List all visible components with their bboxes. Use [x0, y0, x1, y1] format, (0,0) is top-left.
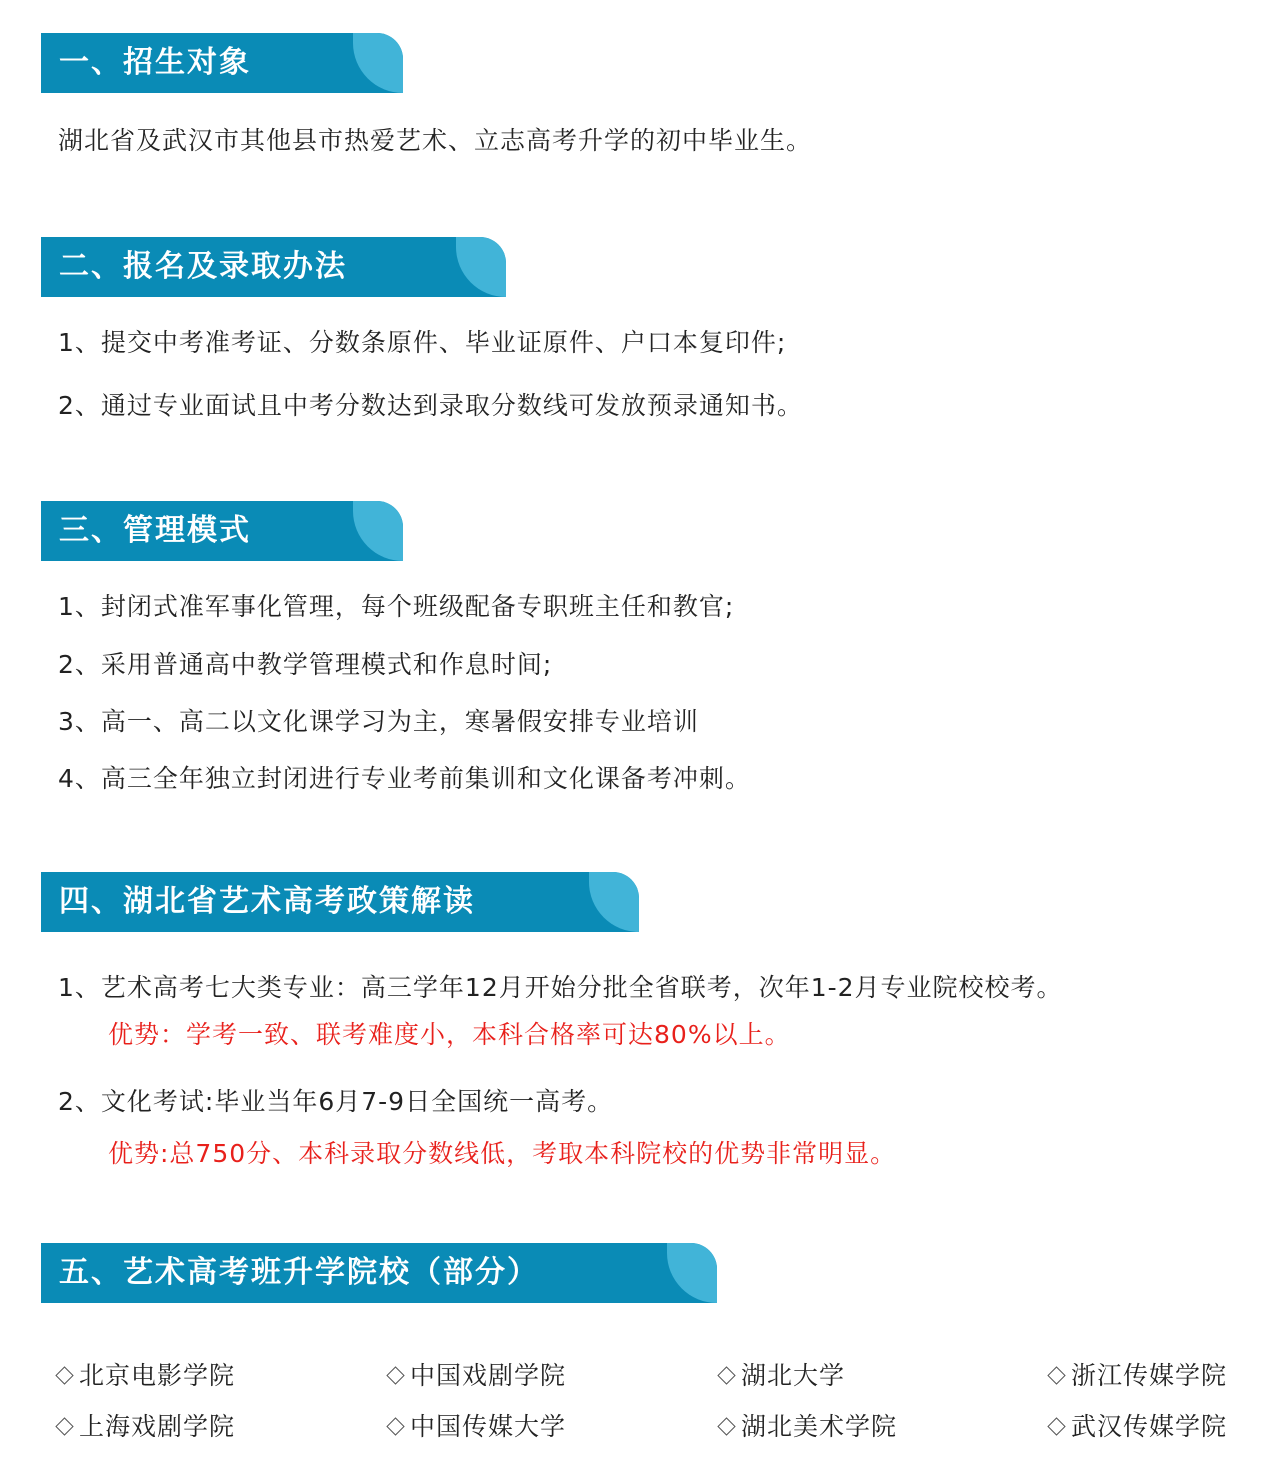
diamond-bullet-icon	[55, 1417, 73, 1435]
section-header-3: 三、管理模式	[41, 501, 403, 561]
diamond-bullet-icon	[55, 1366, 73, 1384]
section-title: 一、招生对象	[59, 33, 251, 93]
diamond-bullet-icon	[386, 1417, 404, 1435]
school-name: 中国戏剧学院	[410, 1361, 566, 1390]
diamond-bullet-icon	[386, 1366, 404, 1384]
header-accent-shape	[589, 872, 639, 932]
school-item: 上海戏剧学院	[54, 1410, 235, 1444]
section-header-4: 四、湖北省艺术高考政策解读	[41, 872, 639, 932]
section-title: 二、报名及录取办法	[59, 237, 347, 297]
school-item: 中国戏剧学院	[385, 1359, 566, 1393]
section-4-item-1-highlight: 优势：学考一致、联考难度小，本科合格率可达80%以上。	[108, 1018, 791, 1052]
diamond-bullet-icon	[1047, 1366, 1065, 1384]
school-item: 北京电影学院	[54, 1359, 235, 1393]
section-title: 五、艺术高考班升学院校（部分）	[59, 1243, 539, 1303]
header-accent-shape	[456, 237, 506, 297]
diamond-bullet-icon	[717, 1366, 735, 1384]
section-3-item-4: 4、高三全年独立封闭进行专业考前集训和文化课备考冲刺。	[58, 762, 751, 796]
school-name: 武汉传媒学院	[1071, 1412, 1227, 1441]
school-item: 武汉传媒学院	[1046, 1410, 1227, 1444]
school-name: 湖北大学	[741, 1361, 845, 1390]
school-name: 上海戏剧学院	[79, 1412, 235, 1441]
school-name: 湖北美术学院	[741, 1412, 897, 1441]
section-3-item-2: 2、采用普通高中教学管理模式和作息时间;	[58, 648, 552, 682]
section-1-text: 湖北省及武汉市其他县市热爱艺术、立志高考升学的初中毕业生。	[58, 124, 812, 158]
section-header-2: 二、报名及录取办法	[41, 237, 506, 297]
school-item: 湖北大学	[716, 1359, 845, 1393]
section-2-item-1: 1、提交中考准考证、分数条原件、毕业证原件、户口本复印件;	[58, 326, 786, 360]
section-2-item-2: 2、通过专业面试且中考分数达到录取分数线可发放预录通知书。	[58, 389, 803, 423]
header-accent-shape	[667, 1243, 717, 1303]
school-item: 湖北美术学院	[716, 1410, 897, 1444]
diamond-bullet-icon	[1047, 1417, 1065, 1435]
section-title: 三、管理模式	[59, 501, 251, 561]
header-accent-shape	[353, 33, 403, 93]
section-header-1: 一、招生对象	[41, 33, 403, 93]
section-4-item-2: 2、文化考试:毕业当年6月7-9日全国统一高考。	[58, 1085, 613, 1119]
section-3-item-1: 1、封闭式准军事化管理，每个班级配备专职班主任和教官;	[58, 590, 734, 624]
school-name: 北京电影学院	[79, 1361, 235, 1390]
school-item: 中国传媒大学	[385, 1410, 566, 1444]
diamond-bullet-icon	[717, 1417, 735, 1435]
section-3-item-3: 3、高一、高二以文化课学习为主，寒暑假安排专业培训	[58, 705, 699, 739]
header-accent-shape	[353, 501, 403, 561]
section-title: 四、湖北省艺术高考政策解读	[59, 872, 475, 932]
school-name: 中国传媒大学	[410, 1412, 566, 1441]
school-item: 浙江传媒学院	[1046, 1359, 1227, 1393]
section-4-item-2-highlight: 优势:总750分、本科录取分数线低，考取本科院校的优势非常明显。	[108, 1137, 896, 1171]
school-name: 浙江传媒学院	[1071, 1361, 1227, 1390]
section-4-item-1: 1、艺术高考七大类专业：高三学年12月开始分批全省联考，次年1-2月专业院校校考…	[58, 971, 1063, 1005]
section-header-5: 五、艺术高考班升学院校（部分）	[41, 1243, 717, 1303]
